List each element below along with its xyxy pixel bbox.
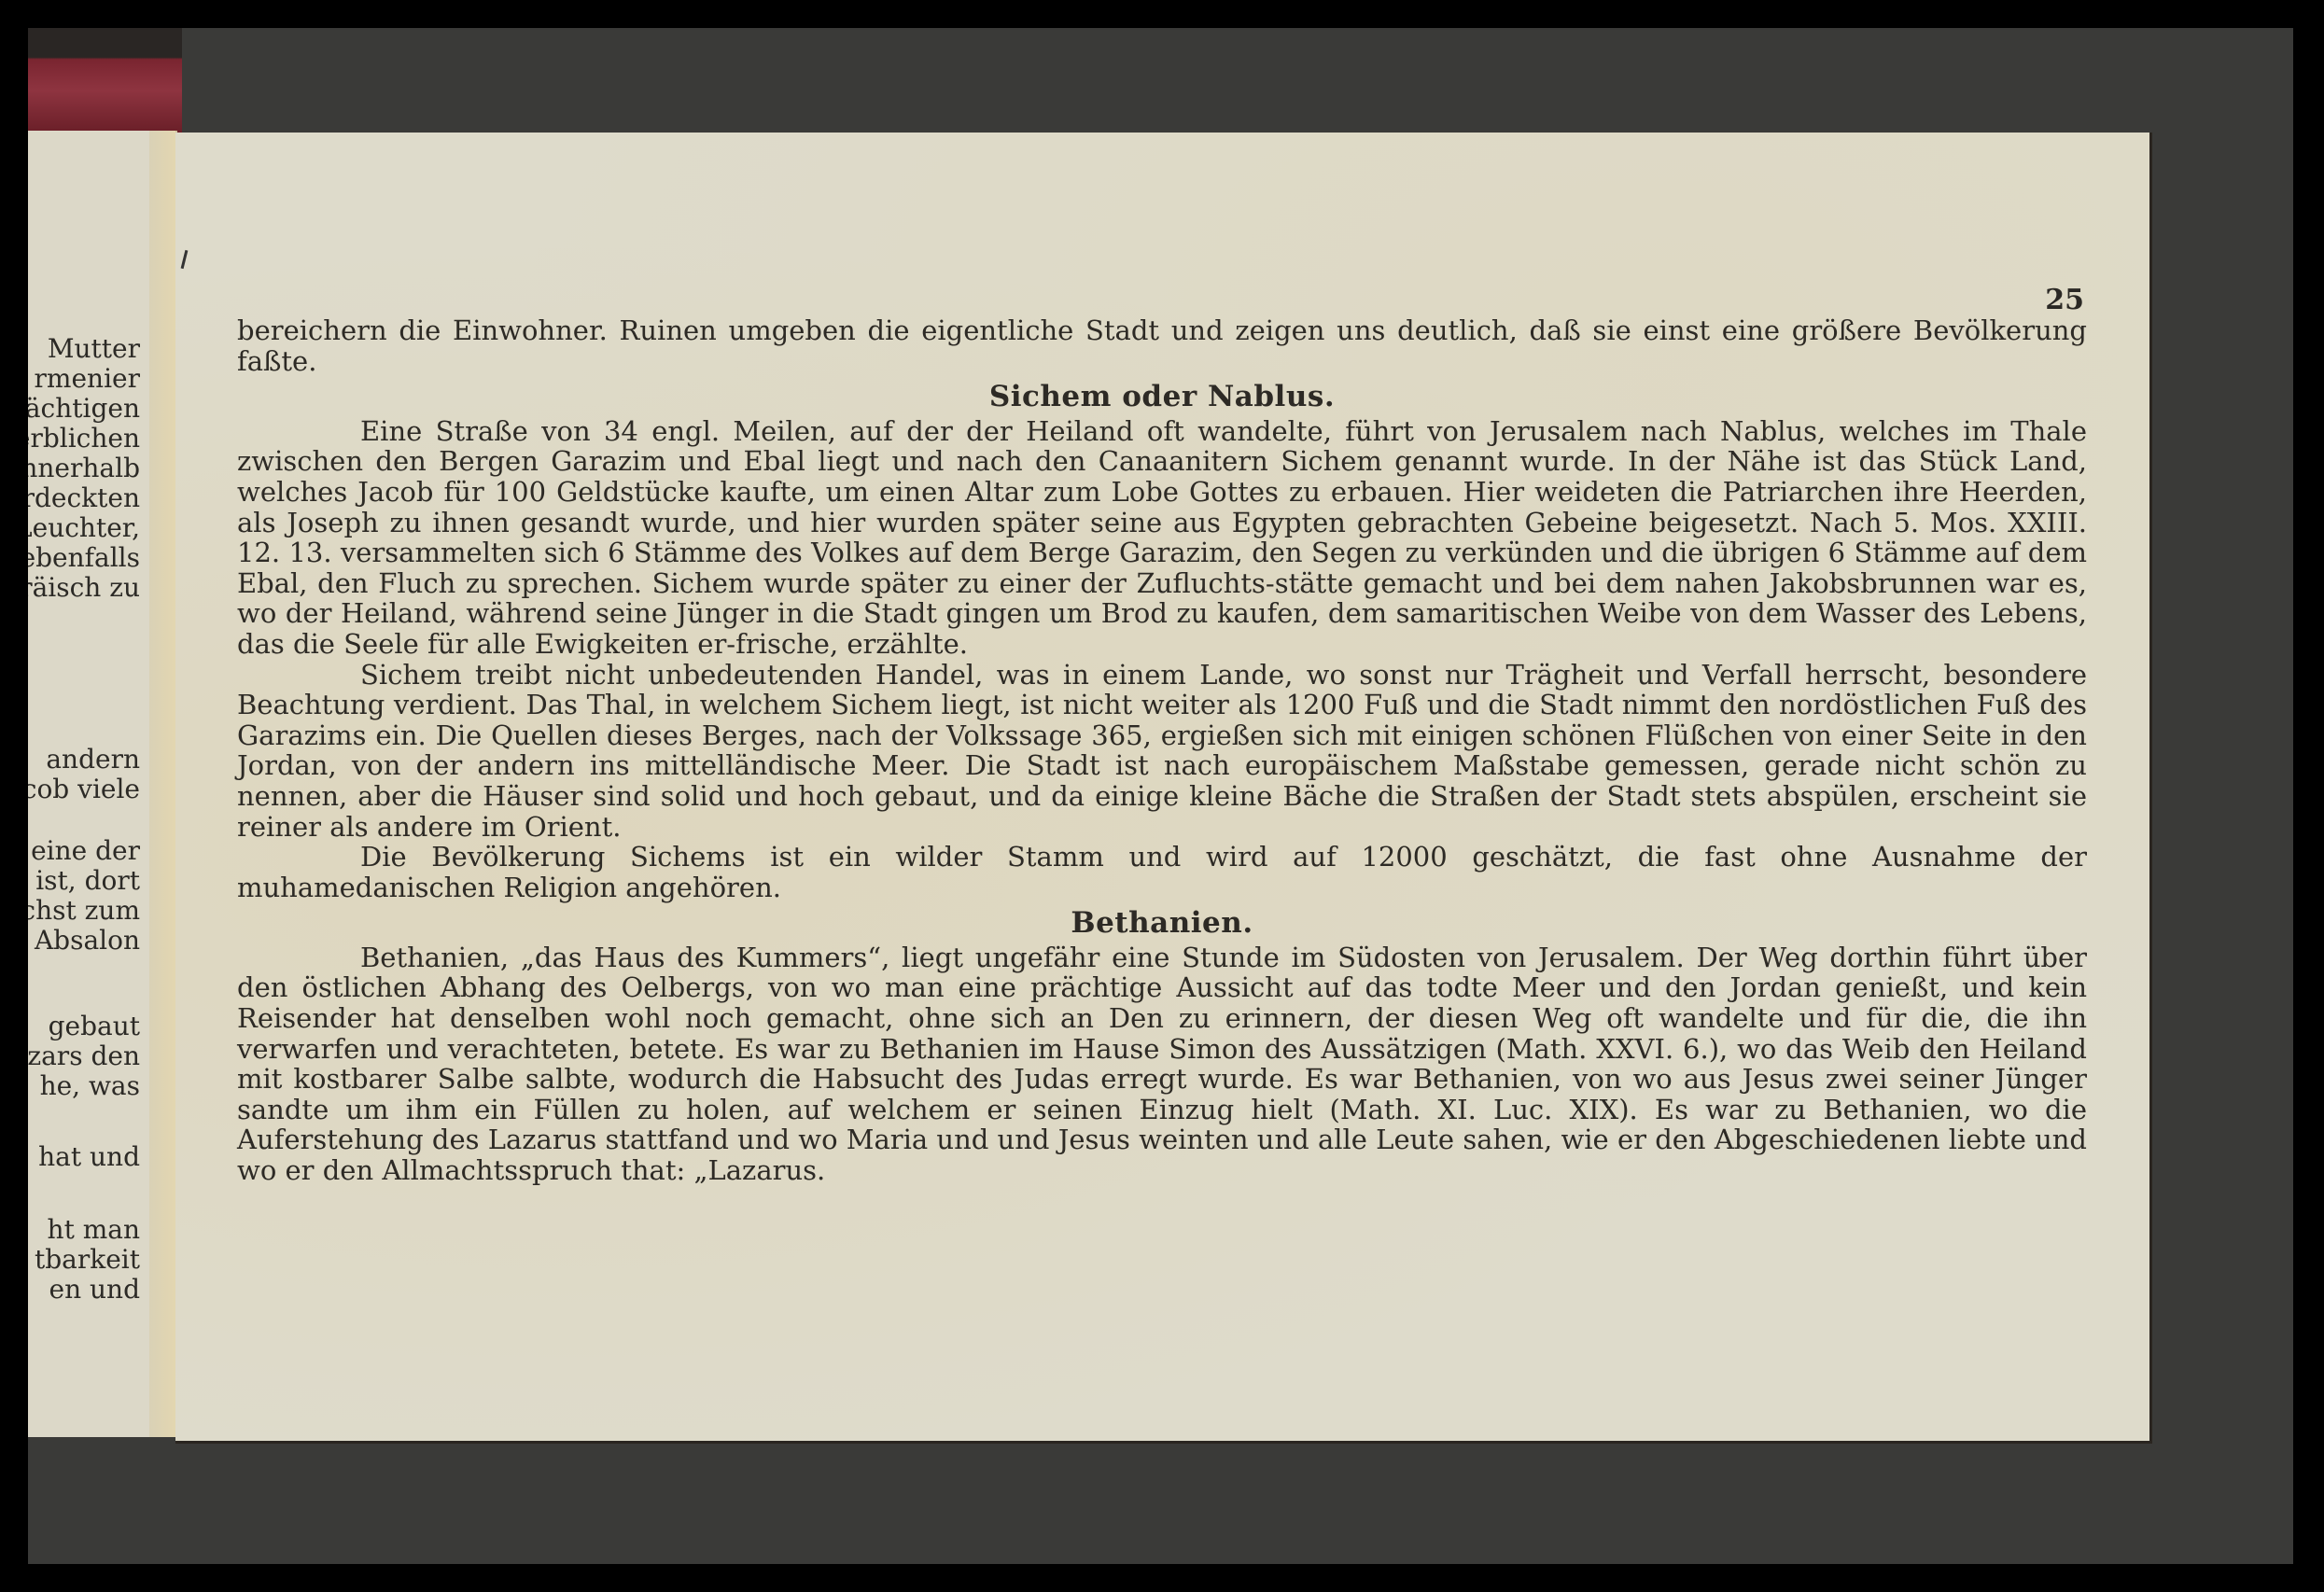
paragraph: Eine Straße von 34 engl. Meilen, auf der…: [237, 416, 2087, 660]
left-fragment: räisch zu: [28, 573, 140, 603]
section-heading-sichem: Sichem oder Nablus.: [237, 382, 2087, 412]
paragraph: Die Bevölkerung Sichems ist ein wilder S…: [237, 842, 2087, 902]
left-fragment: erblichen: [28, 424, 140, 454]
left-fragment: he, was: [40, 1071, 140, 1101]
left-fragment: gebaut: [49, 1012, 140, 1041]
left-fragment: rächtigen: [28, 394, 140, 424]
page-gutter: [149, 131, 175, 1437]
page-number: 25: [2045, 284, 2084, 316]
left-fragment: nnerhalb: [28, 454, 140, 483]
left-fragment: andern: [46, 745, 140, 775]
left-fragment: hat und: [38, 1142, 140, 1172]
left-fragment: Mutter: [48, 334, 140, 364]
left-fragment: en und: [49, 1275, 141, 1305]
left-fragment: Absalon: [35, 926, 140, 956]
left-fragment: tbarkeit: [35, 1245, 140, 1275]
book-spine-cloth: [28, 28, 182, 133]
opening-paragraph: bereichern die Einwohner. Ruinen umgeben…: [237, 315, 2087, 376]
paragraph: Bethanien, „das Haus des Kummers“, liegt…: [237, 943, 2087, 1186]
left-fragment: rmenier: [35, 364, 140, 394]
left-fragment: eine der: [31, 836, 140, 866]
page-body-text: bereichern die Einwohner. Ruinen umgeben…: [237, 315, 2087, 1186]
left-fragment: Leuchter,: [28, 513, 140, 543]
paragraph: Sichem treibt nicht unbedeutenden Handel…: [237, 660, 2087, 843]
pencil-mark: [181, 250, 189, 269]
left-fragment: cob viele: [28, 775, 140, 804]
left-fragment: erdeckten: [28, 483, 140, 513]
left-fragment: ebenfalls: [28, 543, 140, 573]
right-page: 25 bereichern die Einwohner. Ruinen umge…: [175, 133, 2152, 1444]
left-fragment: ist, dort: [35, 866, 140, 896]
left-fragment: ht man: [48, 1215, 140, 1245]
left-fragment: chst zum: [28, 896, 140, 926]
section-heading-bethanien: Bethanien.: [237, 908, 2087, 939]
left-facing-page: Mutter rmenier rächtigen erblichen nnerh…: [28, 131, 177, 1437]
left-fragment: zars den: [28, 1041, 140, 1071]
